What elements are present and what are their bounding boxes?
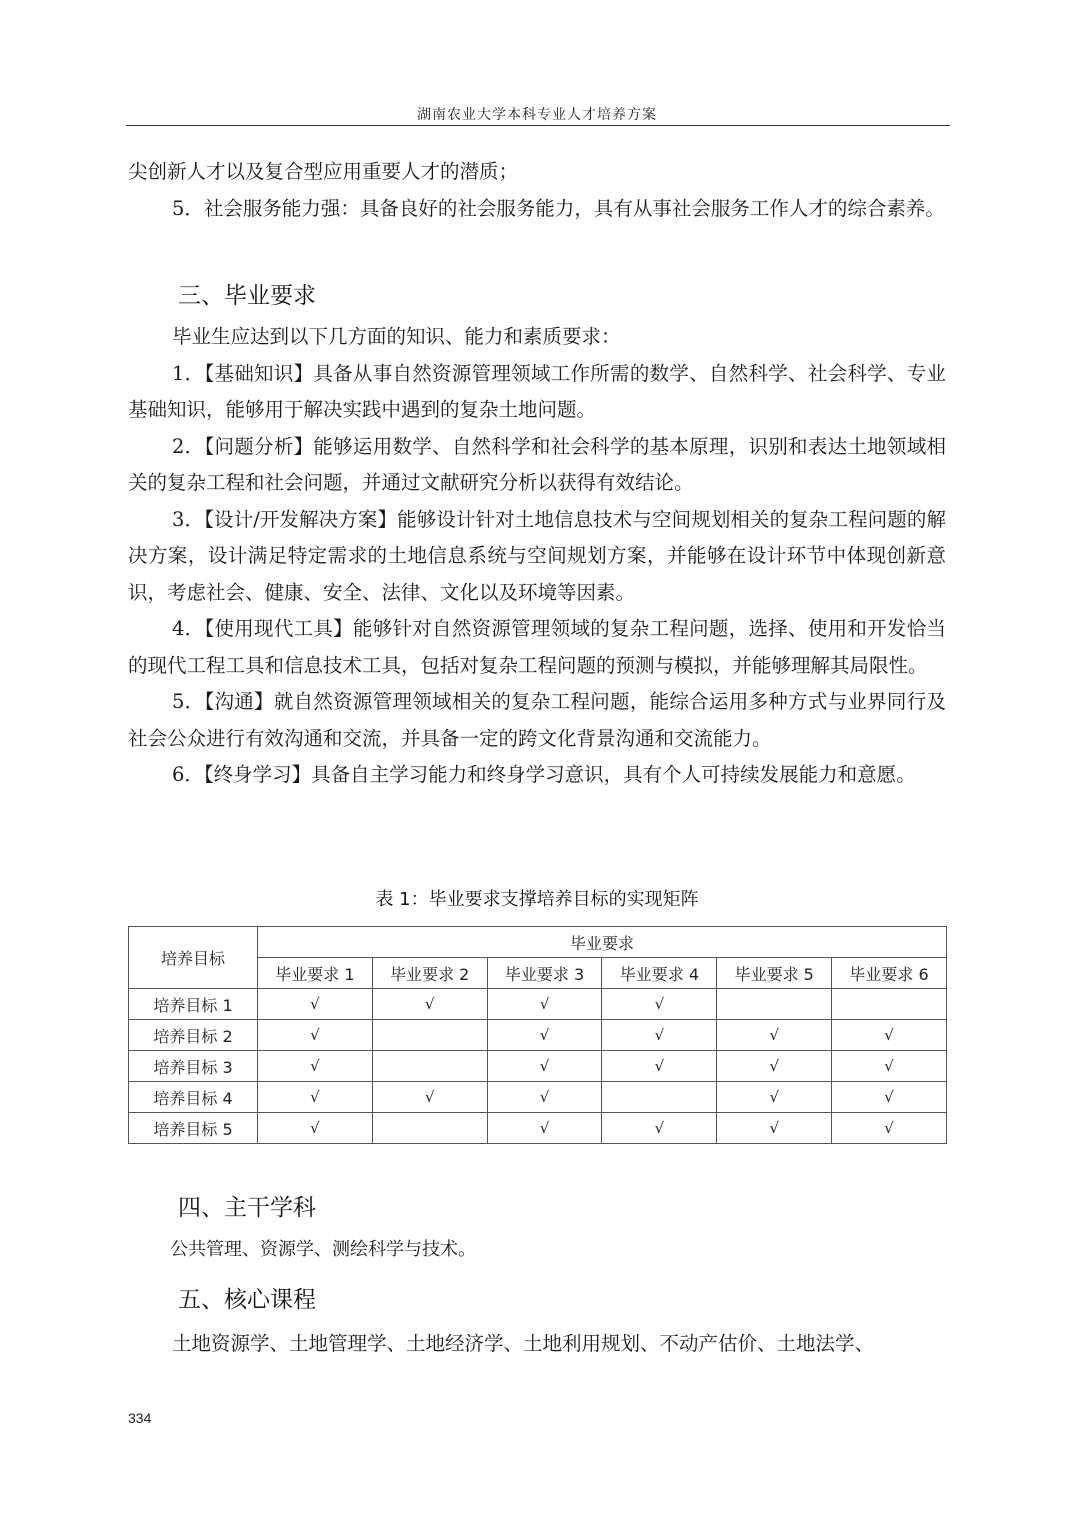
check-cell: √ — [602, 989, 717, 1020]
table-row: 培养目标 3 √ √ √ √ √ — [129, 1051, 947, 1082]
paragraph: 尖创新人才以及复合型应用重要人才的潜质； — [128, 154, 946, 191]
check-cell: √ — [487, 1051, 602, 1082]
page-header-title: 湖南农业大学本科专业人才培养方案 — [0, 104, 1074, 124]
check-cell: √ — [717, 1051, 832, 1082]
section-heading-core-courses: 五、核心课程 — [178, 1281, 316, 1314]
check-cell: √ — [372, 989, 487, 1020]
check-cell: √ — [258, 1020, 373, 1051]
core-courses-text: 土地资源学、土地管理学、土地经济学、土地利用规划、不动产估价、土地法学、 — [172, 1326, 952, 1363]
check-cell — [372, 1113, 487, 1144]
main-disciplines-text: 公共管理、资源学、测绘科学与技术。 — [170, 1232, 988, 1269]
group-header-cell: 毕业要求 — [258, 927, 947, 958]
table-row: 培养目标 4 √ √ √ √ √ — [129, 1082, 947, 1113]
row-label: 培养目标 3 — [129, 1051, 258, 1082]
check-cell: √ — [832, 1082, 947, 1113]
table-caption: 表 1：毕业要求支撑培养目标的实现矩阵 — [0, 885, 1074, 911]
check-cell: √ — [487, 1113, 602, 1144]
header-rule — [126, 125, 950, 126]
check-cell: √ — [717, 1020, 832, 1051]
requirement-item: 3．【设计/开发解决方案】能够设计针对土地信息技术与空间规划相关的复杂工程问题的… — [128, 502, 946, 612]
row-label: 培养目标 5 — [129, 1113, 258, 1144]
check-cell: √ — [258, 989, 373, 1020]
paragraph: 5．社会服务能力强：具备良好的社会服务能力，具有从事社会服务工作人才的综合素养。 — [128, 191, 946, 228]
row-label: 培养目标 4 — [129, 1082, 258, 1113]
row-label: 培养目标 1 — [129, 989, 258, 1020]
column-header: 毕业要求 1 — [258, 958, 373, 989]
requirement-item: 5．【沟通】就自然资源管理领域相关的复杂工程问题，能综合运用多种方式与业界同行及… — [128, 684, 946, 757]
check-cell — [372, 1020, 487, 1051]
check-cell: √ — [487, 1020, 602, 1051]
check-cell: √ — [372, 1082, 487, 1113]
check-cell: √ — [487, 1082, 602, 1113]
intro-block: 尖创新人才以及复合型应用重要人才的潜质； 5．社会服务能力强：具备良好的社会服务… — [128, 154, 946, 227]
section-heading-graduation-requirements: 三、毕业要求 — [178, 277, 316, 310]
check-cell: √ — [717, 1113, 832, 1144]
check-cell — [372, 1051, 487, 1082]
check-cell — [602, 1082, 717, 1113]
check-cell — [717, 989, 832, 1020]
column-header: 毕业要求 3 — [487, 958, 602, 989]
requirement-item: 1．【基础知识】具备从事自然资源管理领域工作所需的数学、自然科学、社会科学、专业… — [128, 356, 946, 429]
table-row: 培养目标 5 √ √ √ √ √ — [129, 1113, 947, 1144]
check-cell: √ — [602, 1113, 717, 1144]
requirement-item: 6．【终身学习】具备自主学习能力和终身学习意识，具有个人可持续发展能力和意愿。 — [128, 757, 946, 794]
check-cell: √ — [602, 1020, 717, 1051]
requirements-matrix-table: 培养目标 毕业要求 毕业要求 1 毕业要求 2 毕业要求 3 毕业要求 4 毕业… — [128, 926, 947, 1144]
check-cell: √ — [717, 1082, 832, 1113]
table-row: 培养目标 1 √ √ √ √ — [129, 989, 947, 1020]
requirement-item: 4．【使用现代工具】能够针对自然资源管理领域的复杂工程问题，选择、使用和开发恰当… — [128, 611, 946, 684]
page-number: 334 — [128, 1410, 151, 1426]
table-row: 培养目标 2 √ √ √ √ √ — [129, 1020, 947, 1051]
row-label: 培养目标 2 — [129, 1020, 258, 1051]
column-header: 毕业要求 6 — [832, 958, 947, 989]
check-cell: √ — [602, 1051, 717, 1082]
check-cell: √ — [258, 1051, 373, 1082]
check-cell: √ — [258, 1113, 373, 1144]
paragraph: 毕业生应达到以下几方面的知识、能力和素质要求： — [128, 319, 946, 356]
requirement-item: 2．【问题分析】能够运用数学、自然科学和社会科学的基本原理，识别和表达土地领域相… — [128, 429, 946, 502]
column-header: 毕业要求 4 — [602, 958, 717, 989]
check-cell: √ — [487, 989, 602, 1020]
check-cell: √ — [832, 1113, 947, 1144]
column-header: 毕业要求 5 — [717, 958, 832, 989]
check-cell — [832, 989, 947, 1020]
check-cell: √ — [832, 1020, 947, 1051]
graduation-requirements-body: 毕业生应达到以下几方面的知识、能力和素质要求： 1．【基础知识】具备从事自然资源… — [128, 319, 946, 794]
check-cell: √ — [258, 1082, 373, 1113]
check-cell: √ — [832, 1051, 947, 1082]
column-header: 毕业要求 2 — [372, 958, 487, 989]
section-heading-main-disciplines: 四、主干学科 — [178, 1189, 316, 1222]
row-header-cell: 培养目标 — [129, 927, 258, 989]
